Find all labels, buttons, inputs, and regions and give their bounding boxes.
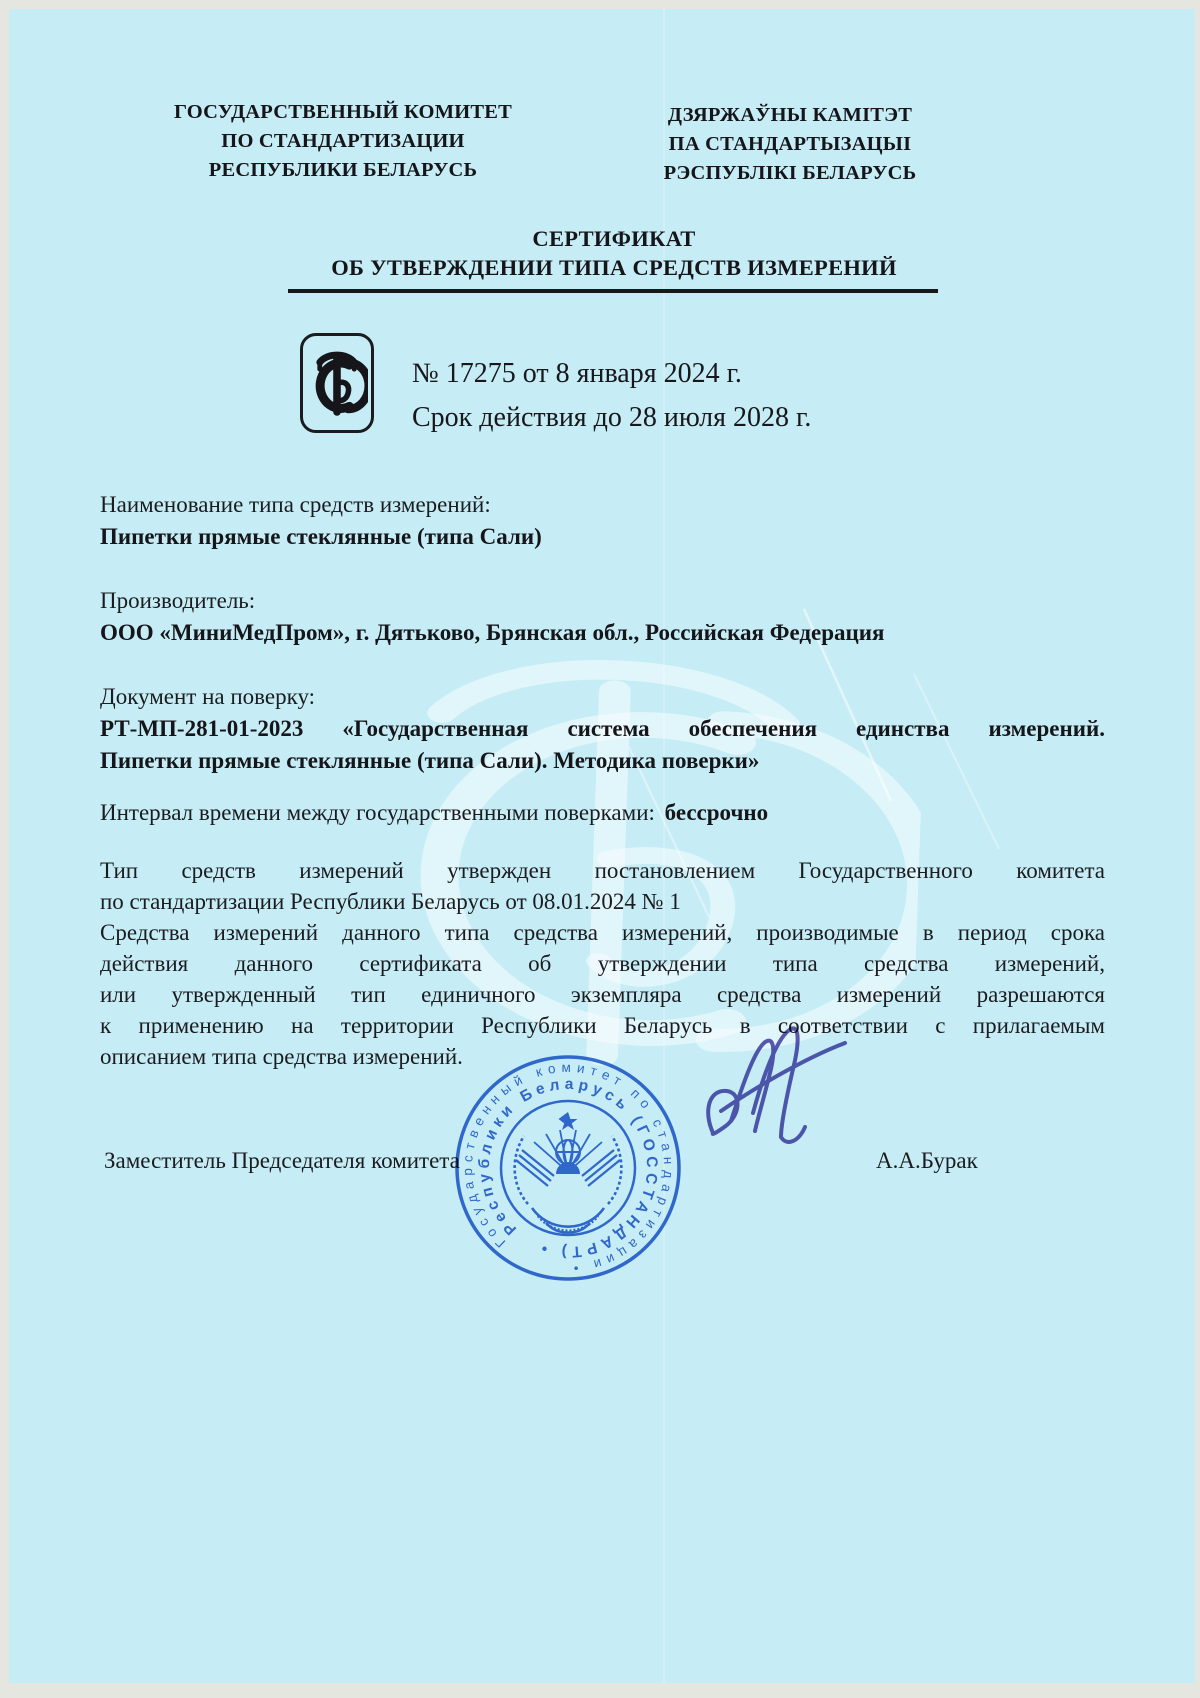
belarus-emblem-icon (515, 1112, 622, 1233)
header-right-line: ДЗЯРЖАЎНЫ КАМІТЭТ (620, 101, 960, 130)
manufacturer-label: Производитель: (100, 588, 255, 614)
verification-interval-value: бессрочно (665, 800, 769, 825)
approval-paragraph-line: Средства измерений данного типа средства… (100, 920, 1105, 951)
verification-doc-value: РТ-МП-281-01-2023 «Государственная систе… (100, 716, 1105, 780)
approval-paragraph-line: или утвержденный тип единичного экземпля… (100, 982, 1105, 1013)
header-left-line: РЕСПУБЛИКИ БЕЛАРУСЬ (163, 156, 523, 185)
approval-paragraph-line: к применению на территории Республики Бе… (100, 1013, 1105, 1044)
deputy-position: Заместитель Председателя комитета (104, 1148, 460, 1174)
approval-paragraph-line: Тип средств измерений утвержден постанов… (100, 858, 1105, 889)
header-left-line: ГОСУДАРСТВЕННЫЙ КОМИТЕТ (163, 98, 523, 127)
title-line-1: СЕРТИФИКАТ (164, 224, 1064, 253)
title-divider (288, 289, 938, 293)
type-name-value: Пипетки прямые стеклянные (типа Сали) (100, 524, 542, 550)
verification-interval: Интервал времени между государственными … (100, 800, 1105, 826)
header-left-block: ГОСУДАРСТВЕННЫЙ КОМИТЕТ ПО СТАНДАРТИЗАЦИ… (163, 98, 523, 185)
signature-scribble (695, 1015, 870, 1165)
official-stamp: Государственный комитет по стандартизаци… (441, 1041, 695, 1295)
header-left-line: ПО СТАНДАРТИЗАЦИИ (163, 127, 523, 156)
verification-interval-label: Интервал времени между государственными … (100, 800, 655, 825)
header-right-block: ДЗЯРЖАЎНЫ КАМІТЭТ ПА СТАНДАРТЫЗАЦЫІ РЭСП… (620, 101, 960, 188)
manufacturer-value: ООО «МиниМедПром», г. Дятьково, Брянская… (100, 620, 884, 646)
approval-paragraph-line: действия данного сертификата об утвержде… (100, 951, 1105, 982)
stb-monogram-icon (306, 340, 368, 426)
approval-paragraph-line: по стандартизации Республики Беларусь от… (100, 889, 1105, 920)
validity-period: Срок действия до 28 июля 2028 г. (412, 402, 811, 434)
header-right-line: РЭСПУБЛІКІ БЕЛАРУСЬ (620, 159, 960, 188)
type-name-label: Наименование типа средств измерений: (100, 492, 491, 518)
stb-logo (300, 333, 374, 433)
header-right-line: ПА СТАНДАРТЫЗАЦЫІ (620, 130, 960, 159)
verification-doc-label: Документ на поверку: (100, 684, 315, 710)
signatory-name: А.А.Бурак (876, 1148, 978, 1174)
certificate-title: СЕРТИФИКАТ ОБ УТВЕРЖДЕНИИ ТИПА СРЕДСТВ И… (164, 224, 1064, 282)
title-line-2: ОБ УТВЕРЖДЕНИИ ТИПА СРЕДСТВ ИЗМЕРЕНИЙ (164, 253, 1064, 282)
certificate-number: № 17275 от 8 января 2024 г. (412, 358, 742, 390)
certificate-page: ГОСУДАРСТВЕННЫЙ КОМИТЕТ ПО СТАНДАРТИЗАЦИ… (9, 9, 1195, 1683)
scan-background: ГОСУДАРСТВЕННЫЙ КОМИТЕТ ПО СТАНДАРТИЗАЦИ… (0, 0, 1200, 1698)
verification-doc-line: РТ-МП-281-01-2023 «Государственная систе… (100, 716, 1105, 748)
verification-doc-line: Пипетки прямые стеклянные (типа Сали). М… (100, 748, 1105, 780)
